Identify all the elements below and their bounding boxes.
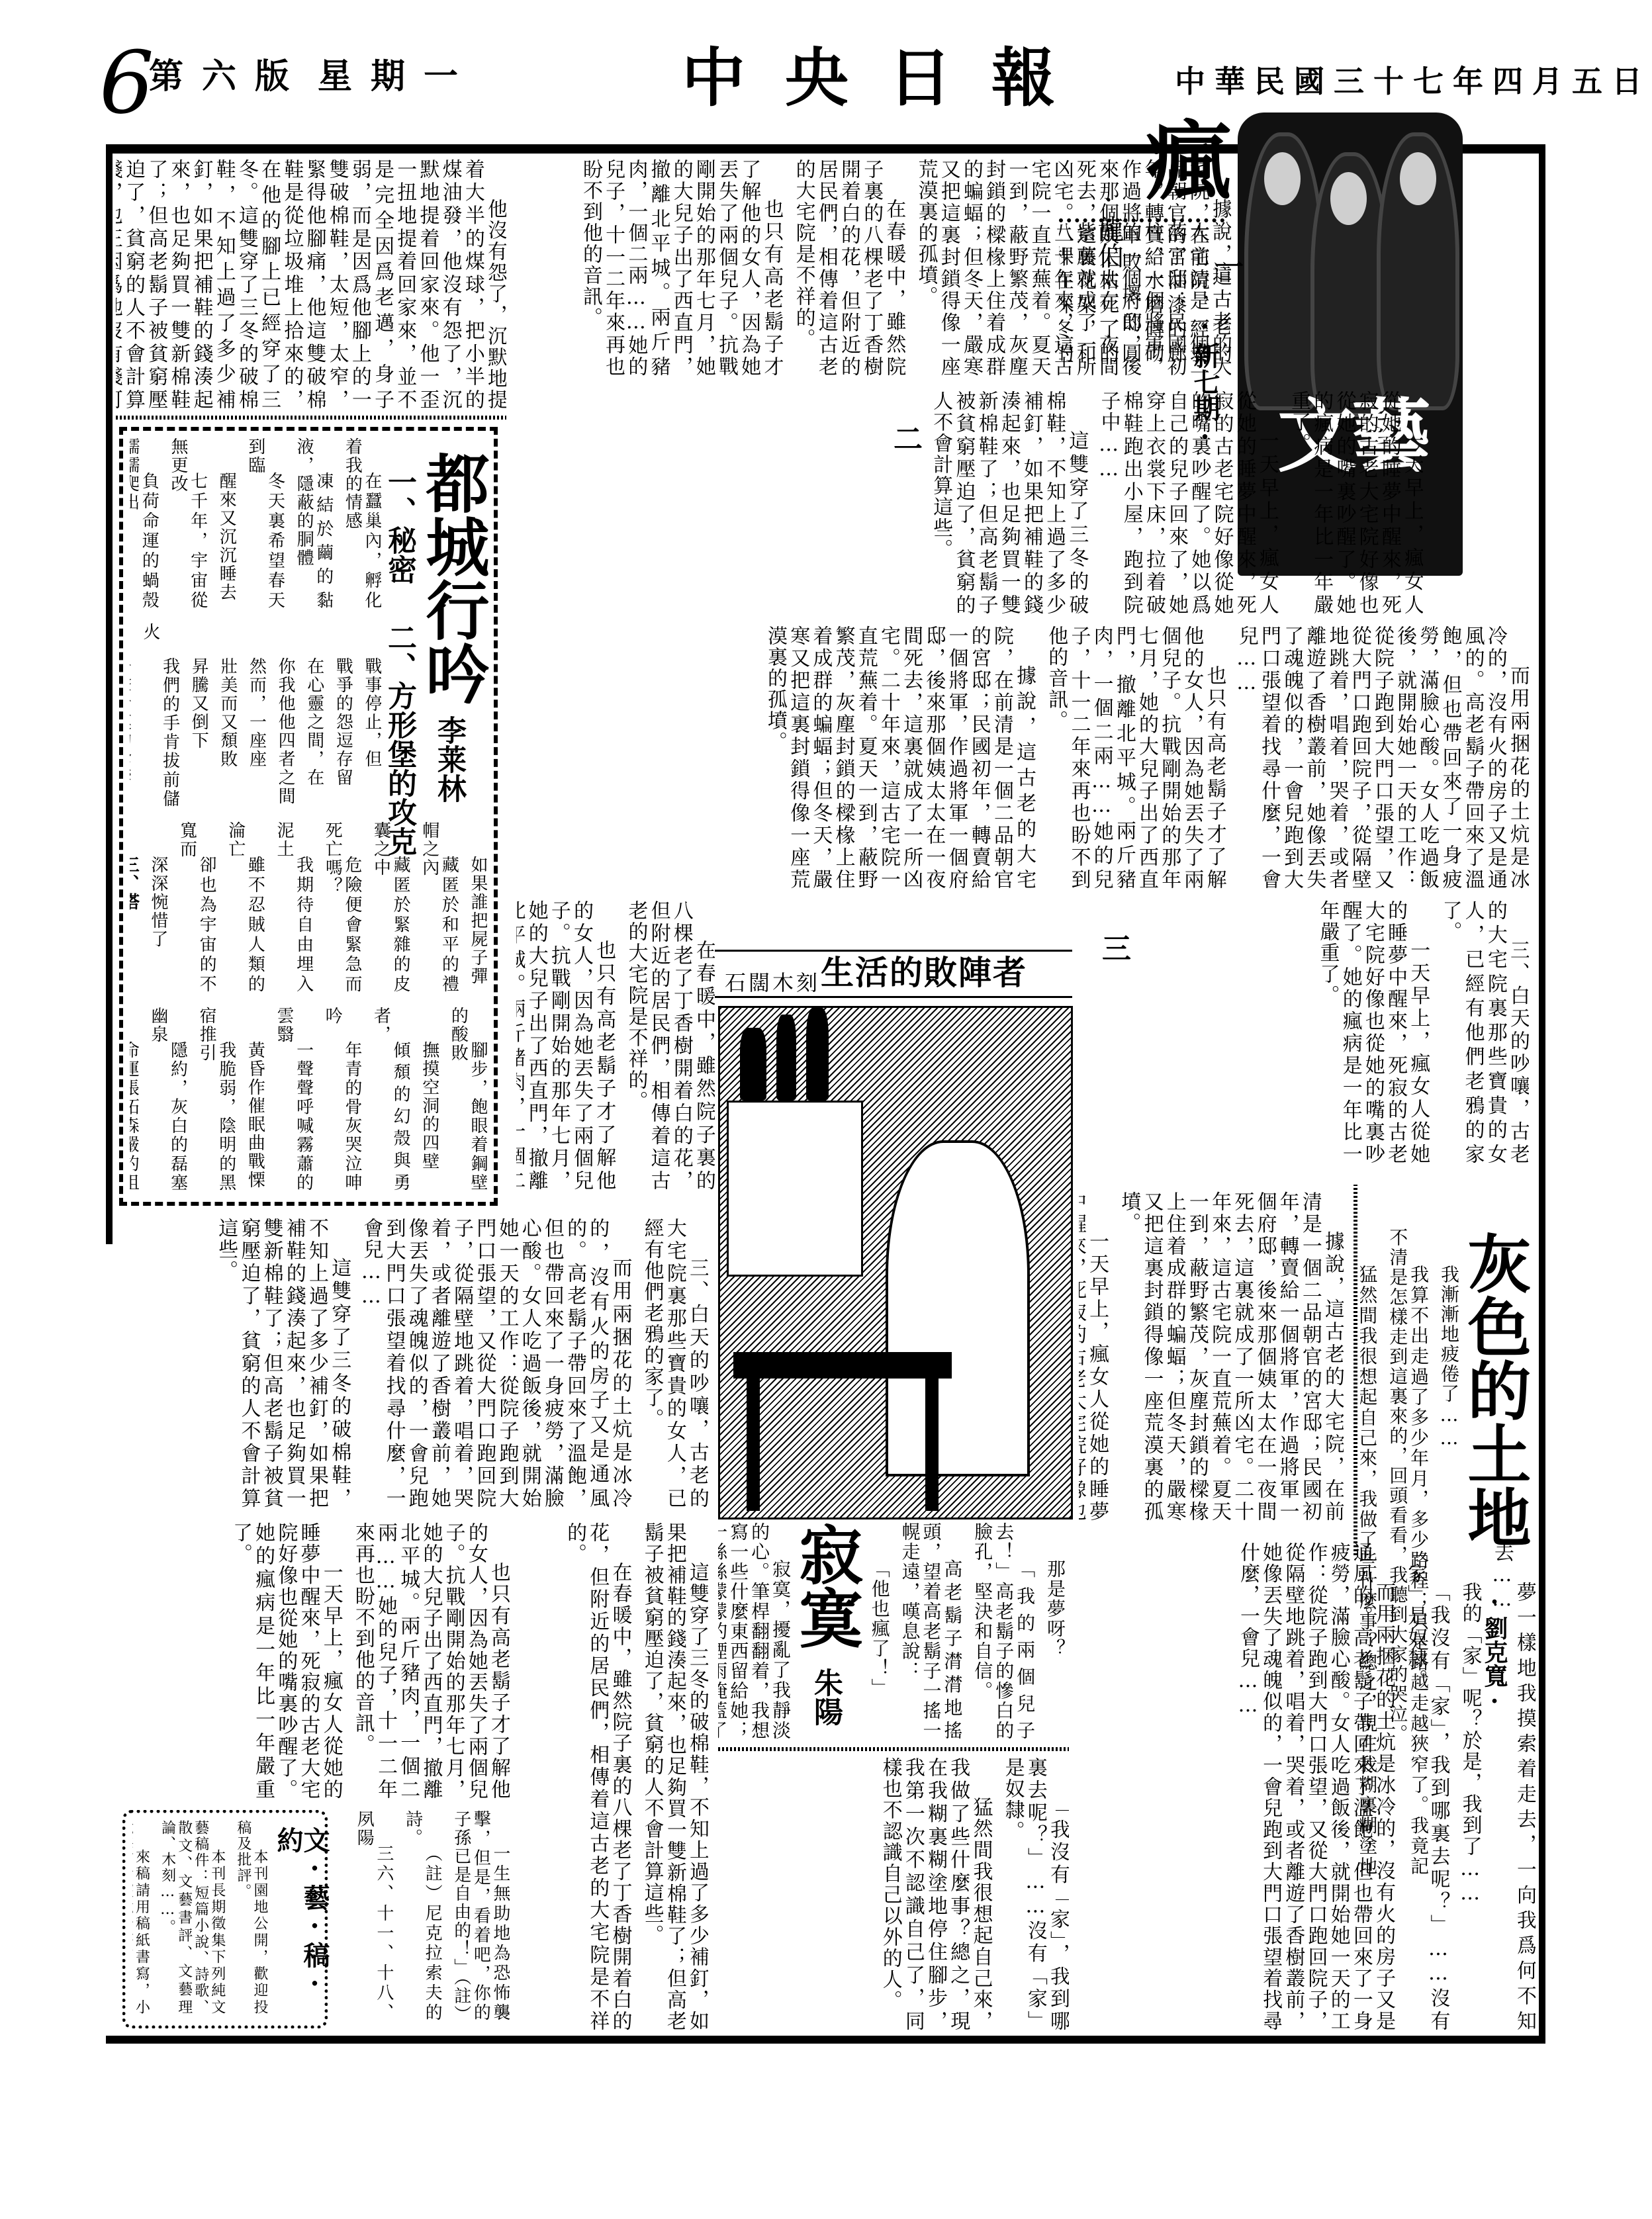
poem-author: 李莱林 [434, 715, 463, 803]
paragraph: 三、白天的吵嚷，古老的大宅院裏那些寶貴的女人，已經有他們老鴉的家了。 [1438, 900, 1529, 1165]
paragraph: 「我沒有「家」，我到哪裏去呢？」……沒有「家」是奴隸。 [1404, 1542, 1449, 2032]
story-column-top-left: 他沒有怨了，沉默地提着大半的煤球，把小半的煤油發，他沒有怨了，沉默地提着回家來。… [116, 159, 506, 410]
story-column-lower-center-left: 這雙穿了三冬的破棉鞋，不知上過了多少補釘，如果把補鞋的錢湊起來，也足夠買一雙新棉… [516, 1522, 708, 2032]
poem-line: 然而，一座座 [246, 623, 266, 808]
section-mark-three: 三 [1099, 933, 1128, 962]
poem-line: 在心靈之間，在 [304, 623, 324, 808]
paragraph: 一天早上，瘋女人從她的睡夢中醒來，死寂的古老大宅院好像也從她的嘴裏吵醒了。她的瘋… [1287, 390, 1423, 615]
poem-line: 年青的骨灰哭泣呻吟 [322, 1007, 361, 1192]
paragraph: 這雙穿了三冬的破棉鞋，不知上過了多少補釘，如果把補鞋的錢湊起來，也足夠買一雙新棉… [214, 1218, 350, 1509]
paragraph: 在春暖中，雖然院子裏的八棵老了丁香樹開着白的花，但附近的居民們，相傳着這古老的大… [792, 159, 905, 377]
woodcut-rule-bottom [715, 996, 1072, 998]
story-column-mid-left: 在春暖中，雖然院子裏的八棵老了丁香樹開着白的花，但附近的居民們，相傳着這古老的大… [516, 900, 715, 1191]
paragraph: 一天早上，瘋女人從她的睡夢中醒來，死寂的古老大宅院好像也從她的嘴裏吵醒了。她的瘋… [229, 1522, 342, 1800]
poem-line: 傾頹的幻殼與勇者， [371, 1007, 410, 1192]
poem-line: 七千年，宇宙從無更改 [167, 437, 206, 610]
poem-line: 三、塔 [130, 821, 138, 993]
paragraph: 一天早上，瘋女人從她的睡夢中醒來，死寂的古老大宅院好像也從她的嘴裏吵醒了。她的瘋… [1079, 1191, 1108, 1522]
paragraph: 他沒有怨了，沉默地提着大半的煤球，把小半的煤油發，他沒有怨了，沉默地提着回家來。… [116, 159, 506, 410]
woodcut-rule-top [715, 950, 1072, 952]
poem-line: 雖不忍賊人類的淪亡 [225, 821, 264, 993]
story-title-loneliness: 寂寞 [794, 1522, 858, 1649]
poem-line: 一聲聲呼喊霧蕭的雲翳 [273, 1007, 312, 1192]
poem-line: 在蠶巢內，孵化着我的情感 [342, 437, 381, 610]
notice-item: 本刊園地公開，歡迎投稿及批評。 [235, 1820, 268, 2015]
poem-line: 隱約，灰白的磊塞幽泉 [148, 1007, 187, 1192]
face-center [1330, 172, 1367, 225]
paragraph: 也只有高老鬍子才了解他的女人，因為她丟失了兩個兒子。抗戰剛開始的那年七月，她的大… [1044, 625, 1226, 890]
paragraph: 三、白天的吵嚷，古老的大宅院裏那些寶貴的女人，已經有他們老鴉的家了。 [640, 1218, 708, 1509]
edition-label: 第六版 [149, 60, 308, 94]
poem-line: 危險便會緊急而死亡嗎？ [322, 821, 361, 993]
story-column-mid-right: 據說，這古老的大宅院，在前清是一個二品朝官的宮邸；民國初年，轉賣給一個將軍，作過… [1079, 1191, 1344, 1522]
story-column-band-1: 據說，這古老的大宅院，在前清是一個二品朝官的宮邸；民國初年，轉賣給一個將軍，作過… [516, 159, 1231, 377]
paragraph: 一天早上，瘋女人從她的睡夢中醒來，死寂的古老宅院好像從她的嘴裏吵醒了。她以爲自己… [1097, 390, 1278, 615]
poem-line: 我脆弱，陰明的黑宿推引 [197, 1007, 236, 1192]
submission-notice-box: 文·藝·稿·約 本刊園地公開，歡迎投稿及批評。 本刊長期徵集下列純文藝稿件：短篇… [122, 1810, 328, 2028]
poem-line: 卻也為宇宙的不寬而 [177, 821, 216, 993]
poem-line: 昇騰又倒下 [189, 623, 208, 808]
face-right [1400, 152, 1436, 205]
poem-line: 一聲希漠的槍響 [130, 623, 130, 808]
table-leg [925, 1379, 939, 1511]
left-frame-rule [106, 152, 113, 1244]
paragraph: 也只有高老鬍子才了解他的女人，因為她丟失了兩個兒子。抗戰剛開始的那年七月，她的大… [579, 159, 783, 377]
face-left [1264, 152, 1301, 205]
table [733, 1352, 952, 1379]
poem-title: 都城行吟 [421, 451, 484, 705]
story-title-gray-land: 灰色的土地 [1463, 1231, 1526, 1549]
page-number-handwritten: 6 [99, 40, 154, 126]
paragraph: 這雙穿了三冬的破棉鞋，不知上過了多少補釘，如果把補鞋的錢湊起來，也足夠買一雙新棉… [929, 390, 1087, 615]
weekday-label: 星期一 [318, 60, 477, 94]
paragraph: 而用兩捆花的土炕是冰冷的，沒有火的房子又是通風的。高老鬍子帶回來了溫飽，但也帶回… [1236, 1542, 1395, 2032]
woodcut-illustration [718, 1006, 1073, 1519]
date-signature: 三六、十一、十八、夙陽 [354, 1810, 393, 2022]
paragraph: 「我沒有「家」，我到哪裏去呢？」……沒有「家」是奴隸。 [1001, 1757, 1069, 2032]
footnote: （註）尼克拉索夫的詩。 [402, 1810, 441, 2022]
paragraph: 一天早上，瘋女人從她的睡夢中醒來，死寂的古老大宅院好像也從她的嘴裏吵醒了。她的瘋… [1316, 900, 1429, 1165]
paragraph: 這雙穿了三冬的破棉鞋，不知上過了多少補釘，如果把補鞋的錢湊起來，也足夠買一雙新棉… [640, 1522, 708, 2032]
loneliness-text-left: 寂寞，擾亂了我靜淡的心。筆桿翻翻着，我想寫一些什麼東西留給她；一絲絲濛濛的煙雨掩… [718, 1522, 791, 1741]
poem-section-heading: 一、秘密 [385, 467, 414, 584]
notice-item: 本刊長期徵集下列純文藝稿件：短篇小說、詩歌、散文、文藝書評、文藝理論、木刻……。 [160, 1820, 226, 2015]
divider-dashed [1354, 1185, 1357, 1555]
paragraph: 據說，這古老的大宅院，在前清是一個二品朝官的宮邸；民國初年，轉賣給一個將軍，作過… [914, 159, 1231, 377]
poem-line: 腳步，飽眼着鋼壁的酸敗 [448, 1007, 487, 1192]
paragraph: 那是夢呀？ [1044, 1522, 1066, 1741]
paragraph: 猛然間我很想起自己來，我做了些什麼事？總之，現在我糊裏糊塗地停住腳步，我第一次不… [879, 1757, 992, 2032]
poem-section-2-text: 戰事停止，但戰爭的怨逗存留在心靈之間，在你我他他四者之間然而，一座座壯美而又頹敗… [130, 623, 381, 808]
gray-land-body: 夢一樣地我摸索着走去，一向我爲何不知去…… 我的「家」呢？於是，我到了…… 「我… [1079, 1542, 1536, 2032]
section-mark-two: 二 [890, 424, 919, 453]
poem-line: 藏匿於緊雜的皮囊之中 [371, 821, 410, 993]
paragraph: 「他也瘋了！」 [869, 1522, 890, 1741]
divider-dashed [116, 416, 506, 420]
woodcut-title: 生活的敗陣者 [821, 956, 1027, 989]
poem-line: 深深惋惜了 [148, 821, 167, 993]
bottle [776, 1015, 796, 1101]
standing-figure [886, 1140, 1030, 1476]
poem-line: 醒來又沉沉睡去 [216, 437, 236, 610]
paragraph: 而用兩捆花的土炕是冰冷的，沒有火的房子又是通風的。高老鬍子帶回來了溫飽，但也帶回… [1235, 625, 1529, 890]
poem-line: 藏匿於和平的禮帽之內 [419, 821, 458, 993]
paragraph: 也只有高老鬍子才了解他的女人，因為她丟失了兩個兒子。抗戰剛開始的那年七月，她的大… [351, 1522, 510, 1800]
paragraph: 據說，這古老的大宅院，在前清是一個二品朝官的宮邸；民國初年，轉賣給一個將軍，作過… [1117, 1191, 1344, 1522]
paragraph: 而用兩捆花的土炕是冰冷的，沒有火的房子又是通風的。高老鬍子帶回來了溫飽，但也帶回… [359, 1218, 631, 1509]
notice-title: 文·藝·稿·約 [275, 1827, 328, 2025]
right-frame-rule [1539, 149, 1545, 2042]
poem-line: 戰爭的怨逗存留 [333, 623, 353, 808]
paragraph: 高老鬍子潸潸地搖頭，望着高老鬍子一搖一幌走遠，嘆息說： [899, 1522, 963, 1741]
poem-line: 戰事停止，但 [361, 623, 381, 808]
paragraph: 一生無助地為恐怖襲擊，但是，看着吧，你的子孫已是自由的！」（註） [451, 1810, 510, 2022]
poem-section-1-text: 在蠶巢內，孵化着我的情感凍結於繭的黏液，隱蔽的胴體冬天裏希望春天到臨醒來又沉沉睡… [130, 437, 381, 610]
poem-line: 撫摸空洞的四壁 [419, 1007, 439, 1192]
story-column-band-3: 而用兩捆花的土炕是冰冷的，沒有火的房子又是通風的。高老鬍子帶回來了溫飽，但也帶回… [516, 625, 1529, 890]
publication-date: 中華民國三十七年四月五日 [1175, 66, 1651, 97]
newspaper-title: 中央日報 [682, 46, 1095, 110]
poem-line: 負荷命運的蝸殼蠕蠕爬出 [130, 437, 158, 610]
paragraph: 據說，這古老的大宅院，在前清是一個二品朝官的宮邸；民國初年，轉賣給一個將軍，作過… [764, 625, 1035, 890]
woodcut-credit: 石闊木刻 [725, 966, 820, 997]
story-column-band-2: 一天早上，瘋女人從她的睡夢中醒來，死寂的古老大宅院好像也從她的嘴裏吵醒了。她的瘋… [516, 390, 1423, 615]
paragraph: 在春暖中，雖然院子裏的八棵老了丁香樹開着白的花，但附近的居民們，相傳着這古老的大… [624, 900, 715, 1191]
poem-line: 如果誰把屍子彈 [467, 821, 487, 993]
divider-dashed [718, 1747, 1069, 1751]
gray-land-ending: 一生無助地為恐怖襲擊，但是，看着吧，你的子孫已是自由的！」（註） （註）尼克拉索… [328, 1810, 510, 2022]
poem-box: 都城行吟 李莱林 一、秘密 在蠶巢內，孵化着我的情感凍結於繭的黏液，隱蔽的胴體冬… [119, 427, 498, 1206]
bottle [740, 1028, 766, 1101]
story-column-lower-left: 三、白天的吵嚷，古老的大宅院裏那些寶貴的女人，已經有他們老鴉的家了。 而用兩捆花… [113, 1218, 708, 1509]
poem-line: 你我他他四者之間 [275, 623, 295, 808]
poem-line: 命運張拓森嚴的祖靈 [130, 1007, 138, 1192]
loneliness-text-right: 那是夢呀？ 「我的兩個兒子去！」高老鬍子的慘白的臉孔，堅決和自信。 高老鬍子潸潸… [867, 1522, 1066, 1741]
story-author-loneliness: 朱陽 [811, 1668, 840, 1726]
poem-line: 黃昏作催眠曲戰慄 [245, 1007, 265, 1192]
bottle [806, 1008, 829, 1101]
paragraph: 我的「家」呢？於是，我到了…… [1458, 1542, 1481, 2032]
poem-line: 冬天裏希望春天到臨 [245, 437, 284, 610]
poem-line: 我們的手肯拔前儲火 [140, 623, 179, 808]
paragraph: 夢一樣地我摸索着走去，一向我爲何不知去…… [1491, 1542, 1536, 2032]
paragraph: 寂寞，擾亂了我靜淡的心。筆桿翻翻着，我想寫一些什麼東西留給她；一絲絲濛濛的煙雨掩… [718, 1522, 791, 1741]
poem-line: 壯美而又頹敗 [217, 623, 237, 808]
notice-item: 來稿請用稿紙書寫，小說每篇勿超六千字。 [132, 1820, 150, 2015]
story-column-lower-far-left: 也只有高老鬍子才了解他的女人，因為她丟失了兩個兒子。抗戰剛開始的那年七月，她的大… [113, 1522, 510, 1800]
poem-section-3-4-text: 腳步，飽眼着鋼壁的酸敗撫摸空洞的四壁傾頹的幻殼與勇者，年青的骨灰哭泣呻吟一聲聲呼… [130, 1007, 487, 1192]
story-column-band-4: 三、白天的吵嚷，古老的大宅院裏那些寶貴的女人，已經有他們老鴉的家了。 一天早上，… [1072, 900, 1529, 1165]
page-bottom-rule [106, 2036, 1545, 2044]
story-column-lower-center: 「我沒有「家」，我到哪裏去呢？」……沒有「家」是奴隸。 猛然間我很想起自己來，我… [718, 1757, 1069, 2032]
notice-items: 本刊園地公開，歡迎投稿及批評。 本刊長期徵集下列純文藝稿件：短篇小說、詩歌、散文… [132, 1820, 268, 2015]
paragraph: 「我的兩個兒子去！」高老鬍子的慘白的臉孔，堅決和自信。 [972, 1522, 1035, 1741]
poem-line: 凍結於繭的黏液，隱蔽的胴體 [294, 437, 333, 610]
poem-section-2-continued: 如果誰把屍子彈藏匿於和平的禮帽之內藏匿於緊雜的皮囊之中危險便會緊急而死亡嗎？我期… [130, 821, 487, 993]
paragraph: 也只有高老鬍子才了解他的女人，因為她丟失了兩個兒子。抗戰剛開始的那年七月，她的大… [516, 900, 615, 1191]
table-leg [747, 1379, 760, 1511]
poem-line: 我期待自由埋入泥土 [273, 821, 312, 993]
paragraph: 在春暖中，雖然院子裏的八棵老了丁香樹開着白的花，但附近的居民們，相傳着這古老的大… [563, 1522, 631, 2032]
bookshelf [727, 1101, 863, 1277]
